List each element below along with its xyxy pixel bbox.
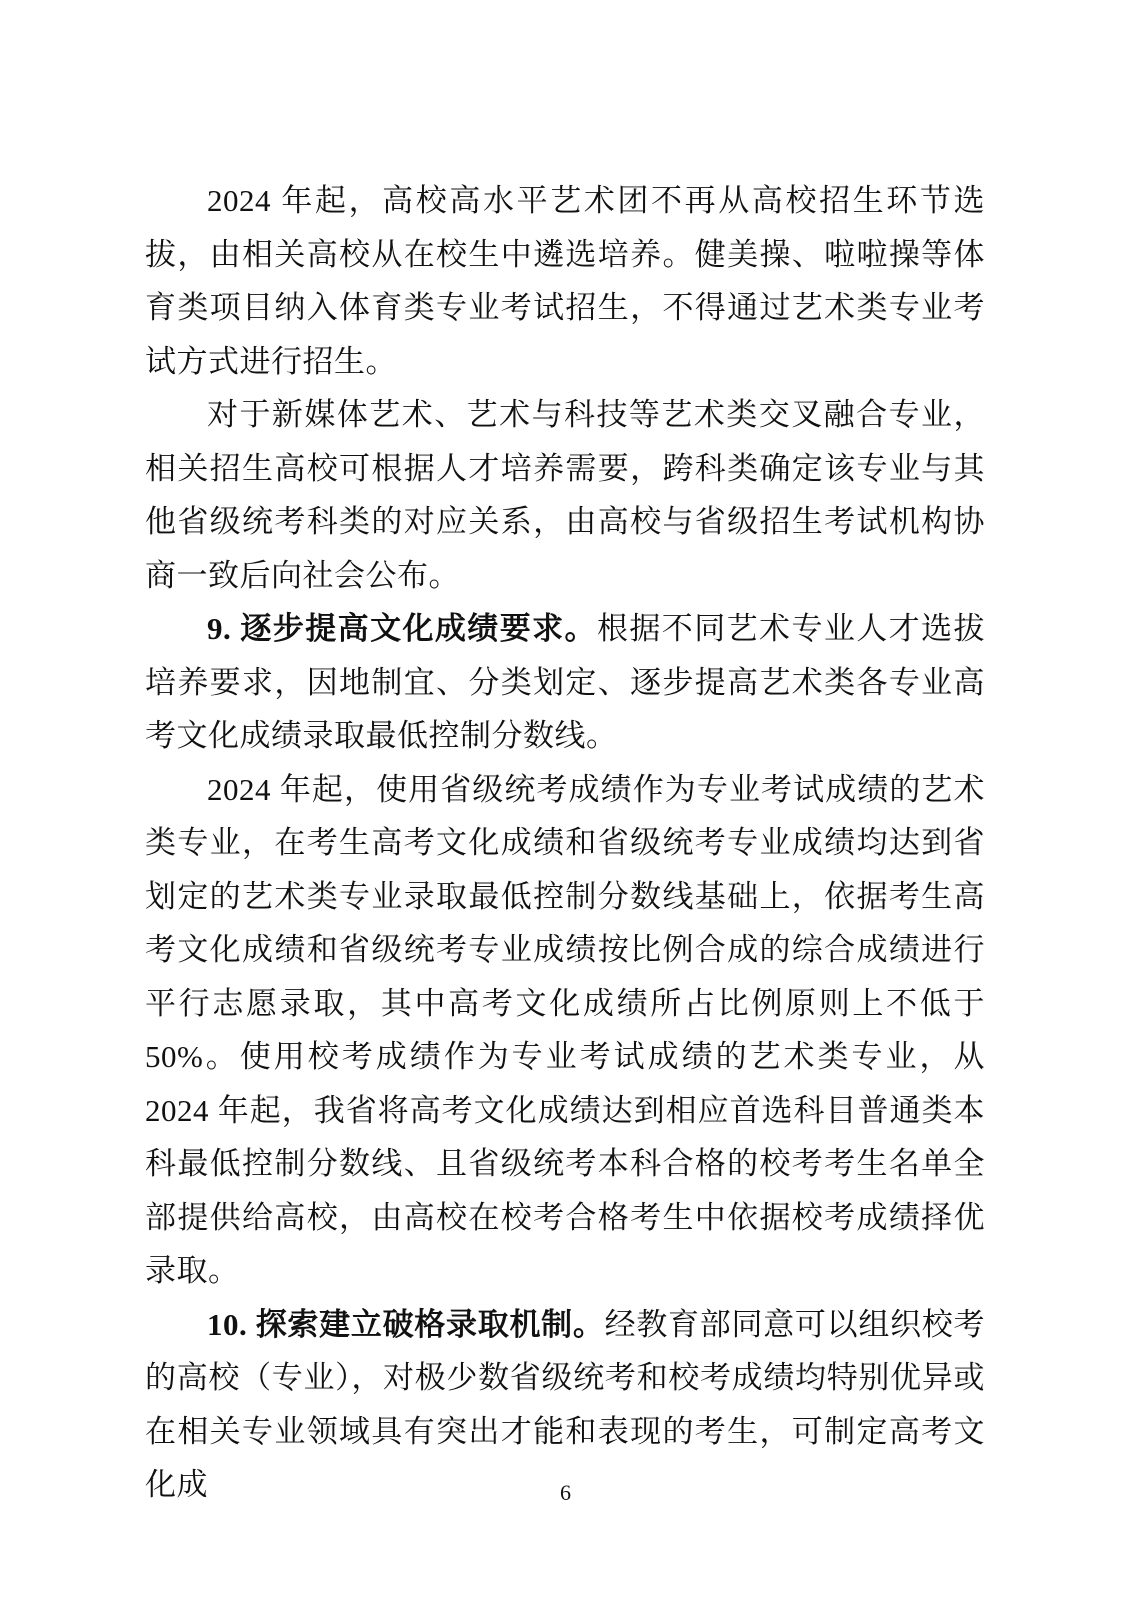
paragraph: 9. 逐步提高文化成绩要求。根据不同艺术专业人才选拔培养要求，因地制宜、分类划定… [145,602,985,763]
document-page: 2024 年起，高校高水平艺术团不再从高校招生环节选拔，由相关高校从在校生中遴选… [0,0,1131,1600]
text-run: 2024 年起，高校高水平艺术团不再从高校招生环节选拔，由相关高校从在校生中遴选… [145,183,985,379]
page-footer: 6 [0,1480,1131,1506]
paragraph: 对于新媒体艺术、艺术与科技等艺术类交叉融合专业，相关招生高校可根据人才培养需要，… [145,388,985,602]
paragraph-lead-bold: 10. 探索建立破格录取机制。 [207,1307,605,1342]
paragraph: 2024 年起，使用省级统考成绩作为专业考试成绩的艺术类专业，在考生高考文化成绩… [145,763,985,1298]
paragraph: 2024 年起，高校高水平艺术团不再从高校招生环节选拔，由相关高校从在校生中遴选… [145,174,985,388]
text-run: 2024 年起，使用省级统考成绩作为专业考试成绩的艺术类专业，在考生高考文化成绩… [145,772,985,1289]
paragraph-lead-bold: 9. 逐步提高文化成绩要求。 [207,611,597,646]
document-body: 2024 年起，高校高水平艺术团不再从高校招生环节选拔，由相关高校从在校生中遴选… [145,174,985,1512]
text-run: 对于新媒体艺术、艺术与科技等艺术类交叉融合专业，相关招生高校可根据人才培养需要，… [145,397,985,593]
page-number: 6 [560,1480,571,1505]
